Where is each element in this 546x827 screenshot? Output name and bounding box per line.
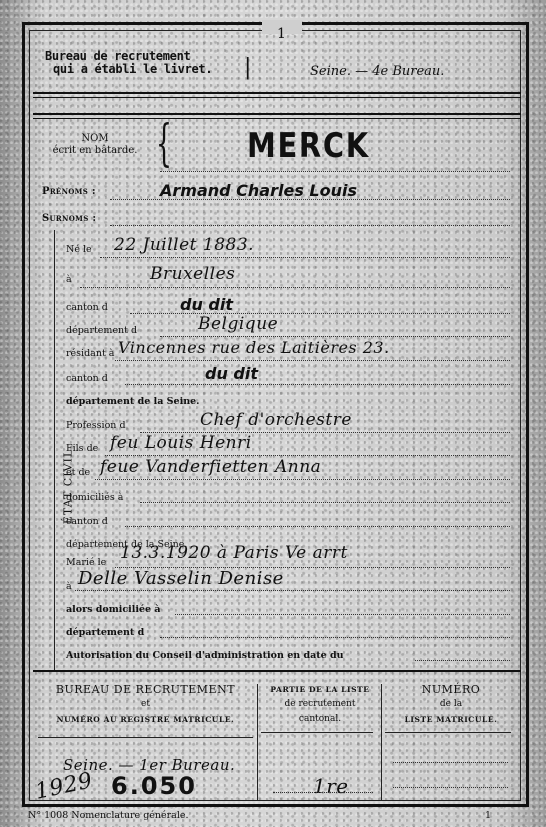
col2-line — [273, 792, 373, 793]
field-label: alors domiciliée à — [66, 604, 161, 615]
field-line — [80, 287, 510, 288]
field-label: résidant à — [66, 348, 114, 359]
field-label: et de — [66, 467, 90, 478]
header-rule — [385, 732, 511, 733]
field-line — [115, 360, 510, 361]
column-divider — [257, 684, 258, 800]
field-label: domiciliés à — [66, 492, 123, 503]
field-line — [125, 526, 510, 527]
field-value: du dit — [180, 295, 233, 314]
field-label: canton d — [66, 373, 108, 384]
field-value: Vincennes rue des Laitières 23. — [118, 338, 390, 357]
col2-header: PARTIE DE LA LISTE de recrutement canton… — [261, 682, 379, 727]
nom-value: MERCK — [247, 126, 370, 166]
prenoms-value: Armand Charles Louis — [160, 181, 357, 200]
field-value: Delle Vasselin Denise — [78, 568, 284, 589]
surnoms-line — [110, 225, 510, 226]
field-line — [160, 637, 510, 638]
col1-header: BUREAU DE RECRUTEMENT et NUMÉRO AU REGIS… — [38, 682, 253, 727]
field-label: à — [66, 581, 72, 592]
brace-icon: { — [156, 118, 172, 168]
nom-label: NOM écrit en bâtarde. — [40, 133, 150, 157]
field-line — [75, 590, 510, 591]
brace-icon: | — [244, 55, 251, 80]
surnoms-label: Surnoms : — [42, 213, 96, 224]
column-divider — [381, 684, 382, 800]
header-rule — [261, 732, 373, 733]
col2-value: 1re — [313, 774, 349, 798]
field-value: Chef d'orchestre — [200, 410, 352, 430]
col1-number: 6.050 — [111, 772, 197, 800]
field-label: Marié le — [66, 557, 106, 568]
field-label: département d — [66, 627, 144, 638]
col3-header: NUMÉRO de la LISTE MATRICULE. — [385, 682, 517, 727]
field-value: du dit — [205, 364, 258, 383]
field-label: Profession d — [66, 420, 126, 431]
field-label: département d — [66, 325, 137, 336]
field-label: à — [66, 274, 72, 285]
field-line — [160, 336, 510, 337]
prenoms-line — [110, 199, 510, 200]
field-value: 13.3.1920 à Paris Ve arrt — [120, 543, 348, 563]
header-divider — [33, 92, 521, 98]
field-label: Né le — [66, 244, 92, 255]
col1-year: 1929 — [33, 768, 95, 805]
field-value: feue Vanderfietten Anna — [100, 457, 321, 477]
field-line — [140, 502, 510, 503]
bureau-label: Bureau de recrutement qui a établi le li… — [45, 50, 212, 76]
field-value: feu Louis Henri — [110, 433, 252, 453]
matricule-table: BUREAU DE RECRUTEMENT et NUMÉRO AU REGIS… — [33, 670, 521, 800]
nom-line — [160, 171, 510, 172]
field-label: Autorisation du Conseil d'administration… — [66, 650, 344, 661]
bureau-value: Seine. — 4e Bureau. — [310, 64, 444, 79]
footer-page-mark: 1 — [485, 810, 491, 821]
field-label: département de la Seine. — [66, 396, 199, 407]
field-value: Bruxelles — [150, 264, 235, 284]
livret-militaire-page: 1 Bureau de recrutement qui a établi le … — [0, 0, 546, 827]
footer-nomenclature: N° 1008 Nomenclature générale. — [28, 810, 189, 821]
field-label: canton d — [66, 302, 108, 313]
field-line — [415, 660, 510, 661]
field-line — [125, 384, 510, 385]
header-rule — [38, 737, 253, 738]
col3-line — [393, 762, 508, 763]
field-label: Fils de — [66, 443, 98, 454]
page-number: 1 — [277, 26, 286, 42]
field-line — [175, 614, 510, 615]
field-label: canton d — [66, 516, 108, 527]
prenoms-label: Prénoms : — [42, 186, 96, 197]
col3-line — [393, 787, 508, 788]
field-line — [105, 455, 510, 456]
field-line — [130, 313, 510, 314]
field-value: 22 Juillet 1883. — [114, 235, 254, 255]
field-value: Belgique — [198, 314, 278, 334]
field-line — [95, 479, 510, 480]
field-line — [100, 257, 510, 258]
header-divider-2 — [33, 113, 521, 119]
